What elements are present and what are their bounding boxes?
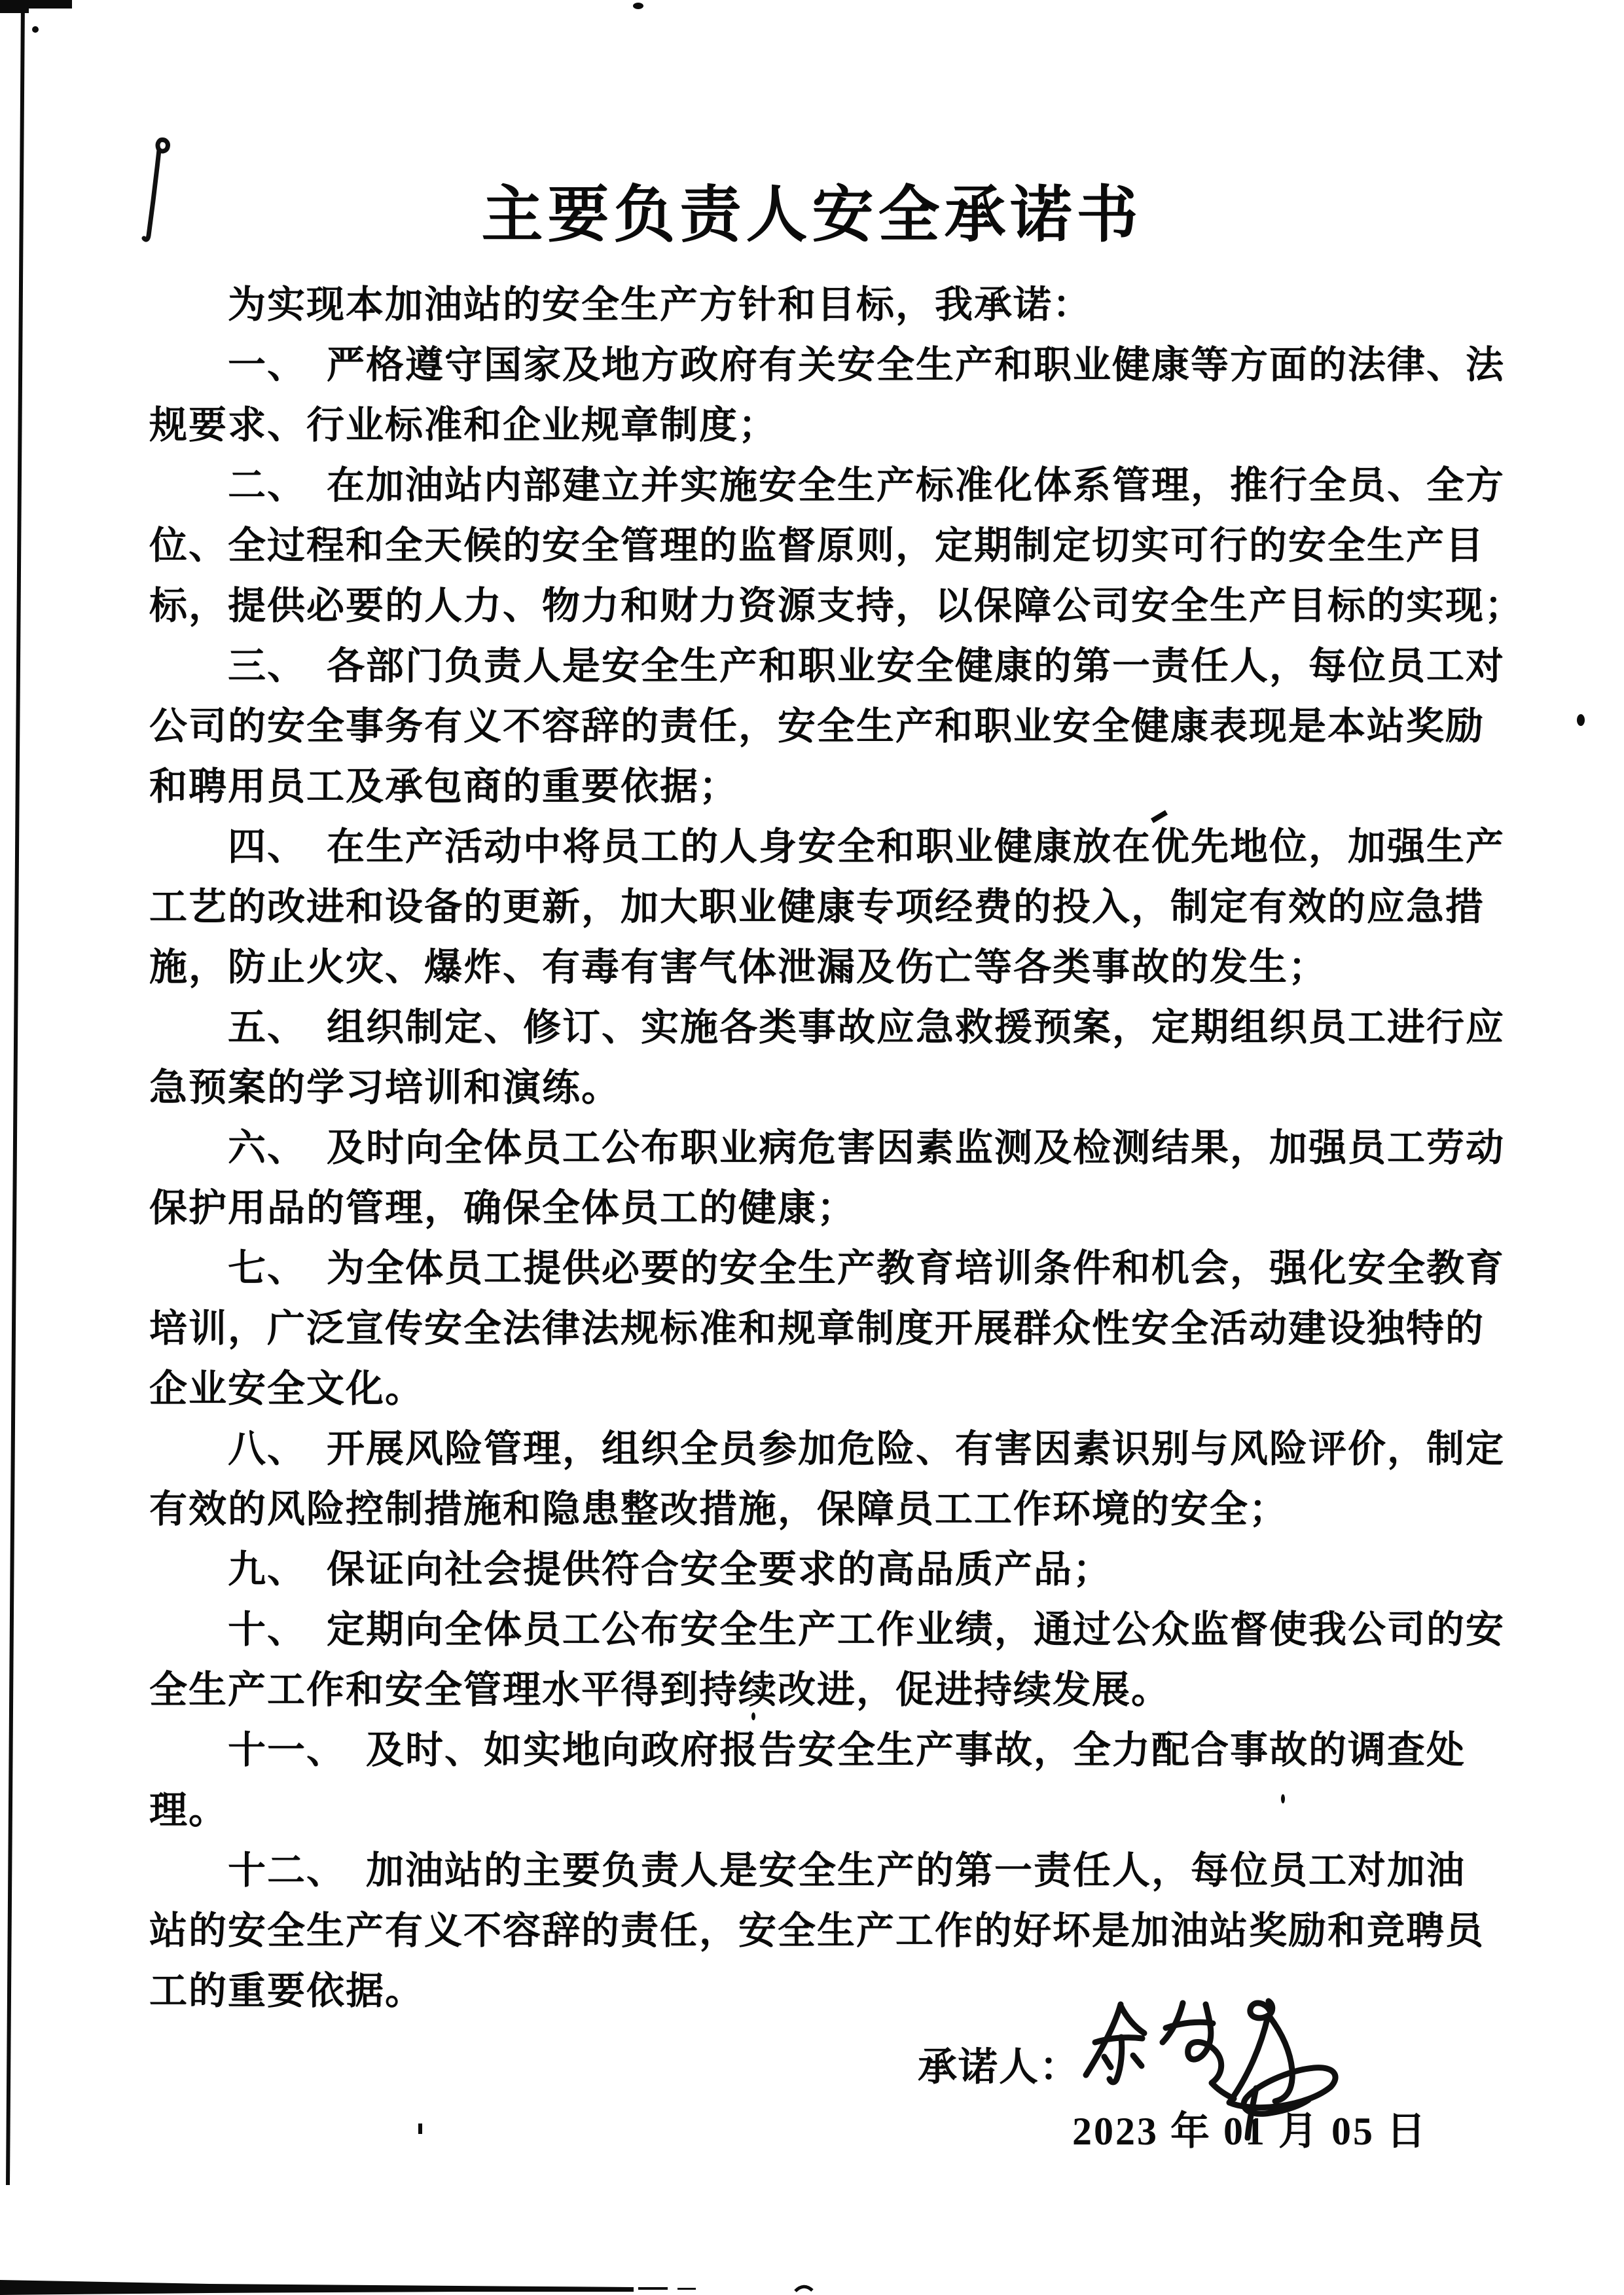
signature-date: 2023 年 01 月 05 日: [1072, 2100, 1428, 2156]
document-line: 为实现本加油站的安全生产方针和目标，我承诺：: [149, 275, 1537, 335]
scanned-document-page: 主要负责人安全承诺书 为实现本加油站的安全生产方针和目标，我承诺： 一、 严格遵…: [0, 0, 1624, 2295]
document-line: 七、 为全体员工提供必要的安全生产教育培训条件和机会，强化安全教育: [149, 1238, 1537, 1299]
document-line: 理。: [149, 1780, 1537, 1841]
document-line: 有效的风险控制措施和隐患整改措施，保障员工工作环境的安全；: [149, 1479, 1537, 1540]
document-line: 一、 严格遵守国家及地方政府有关安全生产和职业健康等方面的法律、法: [149, 335, 1537, 395]
document-line: 三、 各部门负责人是安全生产和职业安全健康的第一责任人，每位员工对: [149, 636, 1537, 696]
scan-artifact-left-edge-line: [8, 0, 23, 2185]
document-line: 公司的安全事务有义不容辞的责任，安全生产和职业安全健康表现是本站奖励: [149, 696, 1537, 757]
scan-artifact-bottom-bar: [0, 2280, 634, 2295]
scan-artifact-bottom-dash: [638, 2287, 668, 2290]
document-title: 主要负责人安全承诺书: [0, 165, 1624, 253]
document-line: 工的重要依据。: [149, 1961, 1537, 2021]
document-line: 保护用品的管理，确保全体员工的健康；: [149, 1178, 1537, 1238]
document-line: 工艺的改进和设备的更新，加大职业健康专项经费的投入，制定有效的应急措: [149, 877, 1537, 937]
document-line: 企业安全文化。: [149, 1359, 1537, 1419]
document-body: 为实现本加油站的安全生产方针和目标，我承诺： 一、 严格遵守国家及地方政府有关安…: [149, 275, 1537, 2021]
scan-artifact-top-left-bar: [0, 0, 72, 9]
scan-artifact-speck: [633, 3, 643, 9]
scan-artifact-bottom-dash: [677, 2288, 696, 2290]
document-line: 四、 在生产活动中将员工的人身安全和职业健康放在优先地位，加强生产: [149, 817, 1537, 877]
document-line: 二、 在加油站内部建立并实施安全生产标准化体系管理，推行全员、全方: [149, 456, 1537, 516]
document-line: 五、 组织制定、修订、实施各类事故应急救援预案，定期组织员工进行应: [149, 998, 1537, 1058]
document-line: 全生产工作和安全管理水平得到持续改进，促进持续发展。: [149, 1660, 1537, 1720]
document-line: 九、 保证向社会提供符合安全要求的高品质产品；: [149, 1540, 1537, 1600]
scan-artifact-top-left-blob: [0, 0, 29, 13]
document-line: 急预案的学习培训和演练。: [149, 1058, 1537, 1118]
document-line: 站的安全生产有义不容辞的责任，安全生产工作的好坏是加油站奖励和竞聘员: [149, 1901, 1537, 1961]
scan-artifact-caret-mark: [795, 2286, 812, 2291]
scan-artifact-speck: [418, 2123, 422, 2134]
document-line: 施，防止火灾、爆炸、有毒有害气体泄漏及伤亡等各类事故的发生；: [149, 937, 1537, 998]
document-line: 培训，广泛宣传安全法律法规标准和规章制度开展群众性安全活动建设独特的: [149, 1299, 1537, 1359]
document-line: 标，提供必要的人力、物力和财力资源支持，以保障公司安全生产目标的实现；: [149, 576, 1537, 636]
document-line: 和聘用员工及承包商的重要依据；: [149, 757, 1537, 817]
signer-label: 承诺人：: [918, 2036, 1080, 2092]
document-line: 十、 定期向全体员工公布安全生产工作业绩，通过公众监督使我公司的安: [149, 1600, 1537, 1660]
document-line: 规要求、行业标准和企业规章制度；: [149, 395, 1537, 456]
document-line: 十二、 加油站的主要负责人是安全生产的第一责任人，每位员工对加油: [149, 1841, 1537, 1901]
document-line: 十一、 及时、如实地向政府报告安全生产事故，全力配合事故的调查处: [149, 1720, 1537, 1780]
scan-artifact-speck: [32, 26, 39, 33]
scan-artifact-speck: [1577, 714, 1585, 726]
document-line: 六、 及时向全体员工公布职业病危害因素监测及检测结果，加强员工劳动: [149, 1118, 1537, 1178]
document-line: 位、全过程和全天候的安全管理的监督原则，定期制定切实可行的安全生产目: [149, 516, 1537, 576]
document-line: 八、 开展风险管理，组织全员参加危险、有害因素识别与风险评价，制定: [149, 1419, 1537, 1479]
